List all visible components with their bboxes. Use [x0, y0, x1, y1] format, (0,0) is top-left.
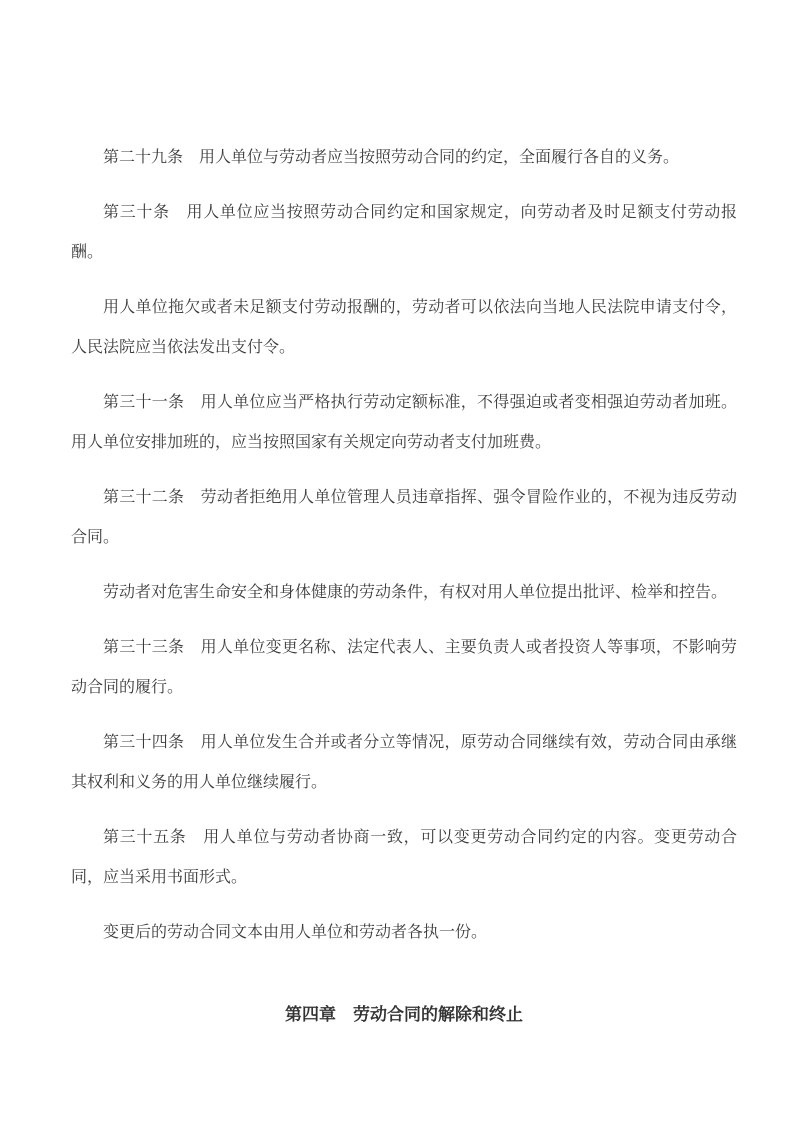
document-page: 第二十九条 用人单位与劳动者应当按照劳动合同的约定，全面履行各自的义务。第三十条…: [0, 0, 793, 1122]
paragraph: 第三十一条 用人单位应当严格执行劳动定额标准，不得强迫或者变相强迫劳动者加班。用…: [71, 383, 737, 463]
paragraph: 用人单位拖欠或者未足额支付劳动报酬的，劳动者可以依法向当地人民法院申请支付令，人…: [71, 288, 737, 368]
paragraph: 劳动者对危害生命安全和身体健康的劳动条件，有权对用人单位提出批评、检举和控告。: [71, 573, 737, 613]
chapter-heading: 第四章 劳动合同的解除和终止: [71, 995, 737, 1035]
paragraph: 第三十五条 用人单位与劳动者协商一致，可以变更劳动合同约定的内容。变更劳动合同，…: [71, 818, 737, 898]
paragraph: 第二十九条 用人单位与劳动者应当按照劳动合同的约定，全面履行各自的义务。: [71, 138, 737, 178]
paragraph: 第三十二条 劳动者拒绝用人单位管理人员违章指挥、强令冒险作业的，不视为违反劳动合…: [71, 478, 737, 558]
paragraph: 变更后的劳动合同文本由用人单位和劳动者各执一份。: [71, 913, 737, 953]
paragraph: 第三十条 用人单位应当按照劳动合同约定和国家规定，向劳动者及时足额支付劳动报酬。: [71, 193, 737, 273]
paragraph: 第三十四条 用人单位发生合并或者分立等情况，原劳动合同继续有效，劳动合同由承继其…: [71, 723, 737, 803]
paragraph: 第三十三条 用人单位变更名称、法定代表人、主要负责人或者投资人等事项，不影响劳动…: [71, 628, 737, 708]
document-body: 第二十九条 用人单位与劳动者应当按照劳动合同的约定，全面履行各自的义务。第三十条…: [71, 138, 737, 953]
